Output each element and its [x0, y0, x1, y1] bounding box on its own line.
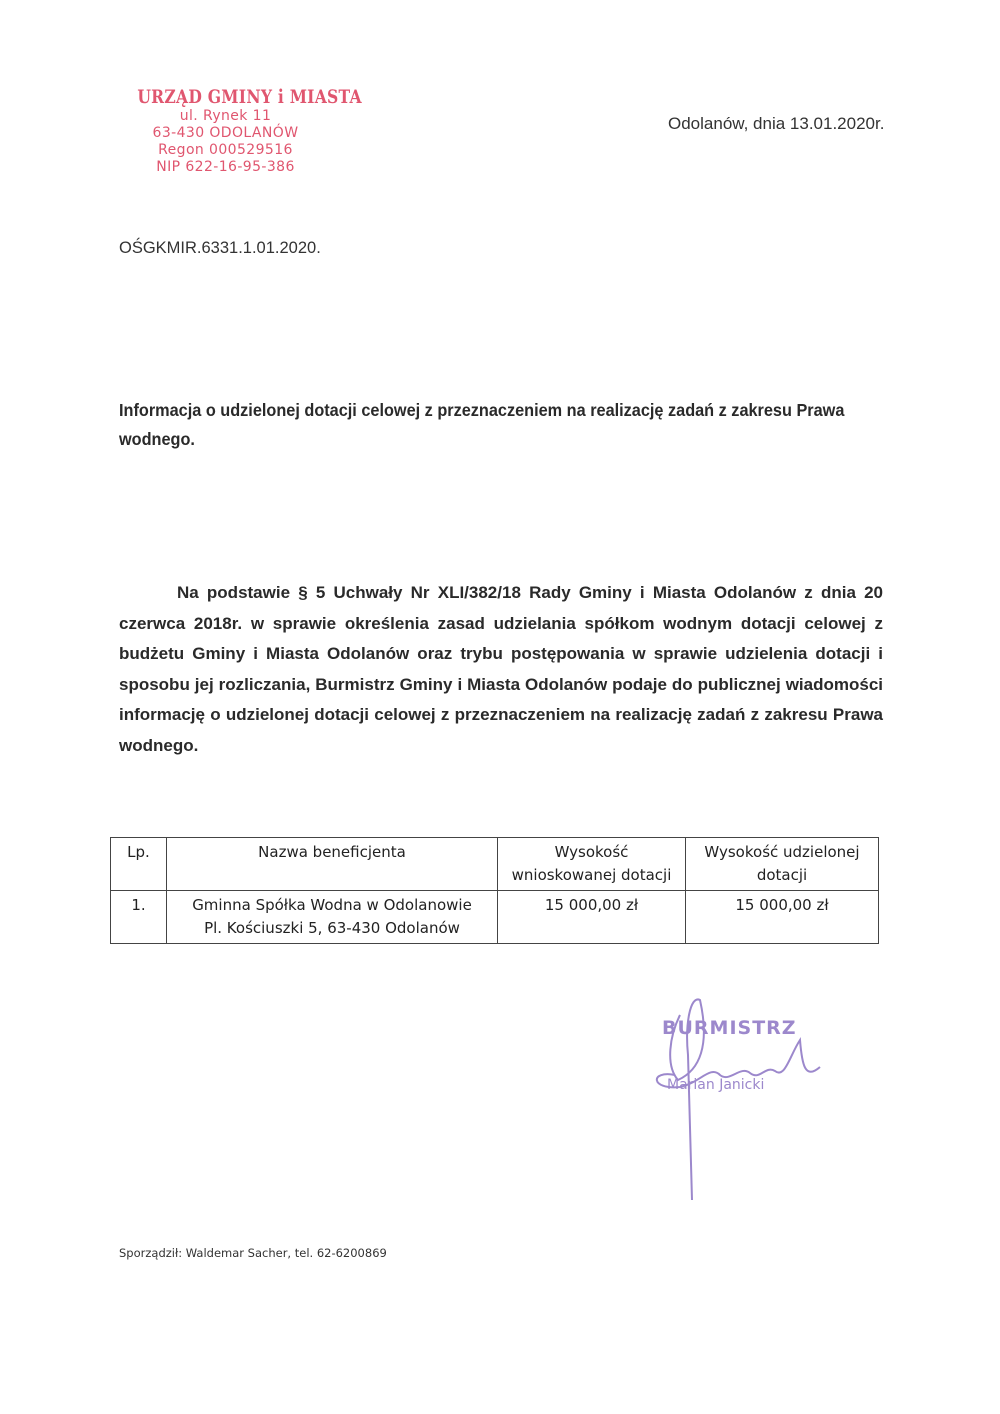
document-date: Odolanów, dnia 13.01.2020r.	[668, 114, 884, 134]
header-lp: Lp.	[111, 838, 167, 891]
office-stamp: URZĄD GMINY i MIASTA ul. Rynek 11 63-430…	[118, 86, 333, 176]
cell-beneficiary: Gminna Spółka Wodna w Odolanowie Pl. Koś…	[167, 891, 498, 944]
header-granted: Wysokość udzielonej dotacji	[686, 838, 879, 891]
stamp-nip: NIP 622-16-95-386	[118, 159, 333, 176]
reference-number: OŚGKMIR.6331.1.01.2020.	[119, 239, 321, 258]
header-beneficiary: Nazwa beneficjenta	[167, 838, 498, 891]
stamp-postal-city: 63-430 ODOLANÓW	[118, 125, 333, 142]
body-paragraph: Na podstawie § 5 Uchwały Nr XLI/382/18 R…	[119, 578, 883, 761]
stamp-address: ul. Rynek 11	[118, 108, 333, 125]
prepared-by: Sporządził: Waldemar Sacher, tel. 62-620…	[119, 1246, 387, 1260]
cell-requested: 15 000,00 zł	[498, 891, 686, 944]
beneficiary-address: Pl. Kościuszki 5, 63-430 Odolanów	[171, 917, 493, 940]
stamp-title: URZĄD GMINY i MIASTA	[137, 86, 313, 108]
table-header-row: Lp. Nazwa beneficjenta Wysokość wnioskow…	[111, 838, 879, 891]
beneficiary-name: Gminna Spółka Wodna w Odolanowie	[171, 894, 493, 917]
document-body: Na podstawie § 5 Uchwały Nr XLI/382/18 R…	[119, 578, 883, 761]
grant-table: Lp. Nazwa beneficjenta Wysokość wnioskow…	[110, 837, 879, 944]
stamp-regon: Regon 000529516	[118, 142, 333, 159]
handwritten-signature-icon	[640, 995, 840, 1210]
cell-granted: 15 000,00 zł	[686, 891, 879, 944]
signature-block: BURMISTRZ Marian Janicki	[640, 995, 840, 1210]
cell-lp: 1.	[111, 891, 167, 944]
header-requested: Wysokość wnioskowanej dotacji	[498, 838, 686, 891]
document-title: Informacja o udzielonej dotacji celowej …	[119, 396, 863, 454]
table-row: 1. Gminna Spółka Wodna w Odolanowie Pl. …	[111, 891, 879, 944]
